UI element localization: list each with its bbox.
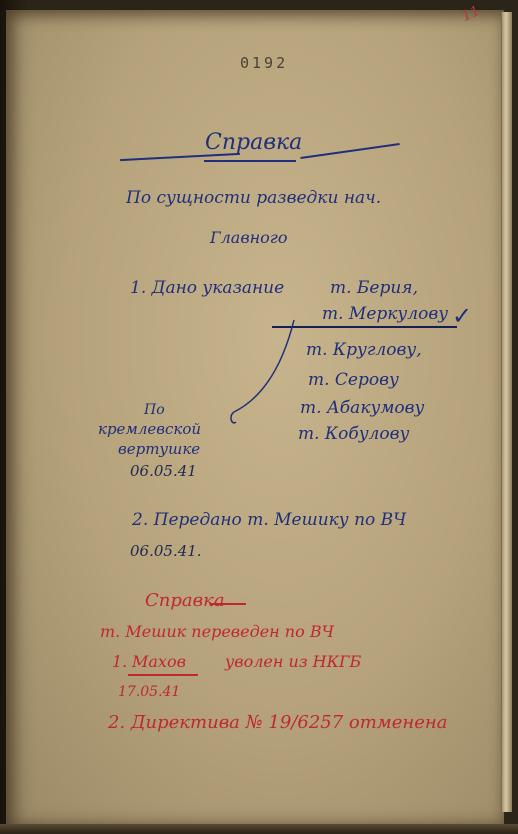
side-note-date: 06.05.41 [130,462,197,480]
red-title-tail [210,603,246,605]
recipient-kruglov: т. Круглову, [306,340,422,360]
red-line1: т. Мешик переведен по ВЧ [100,622,334,641]
red-line3: 2. Директива № 19/6257 отменена [108,712,447,733]
page-bottom-edge [0,824,518,834]
red-line2-name: Махов [132,652,186,671]
item2-date: 06.05.41. [130,542,202,560]
side-note-line3: вертушке [118,440,200,458]
archive-stamp-number: 0192 [240,54,288,72]
bracket-arrow-icon [222,318,302,428]
recipient-beria: т. Берия, [330,278,418,298]
side-note-line1: По [144,402,165,418]
side-note-line2: кремлевской [98,420,201,438]
title-underline [204,160,296,162]
red-line2-number: 1. [112,652,127,671]
red-line2-rest: уволен из НКГБ [225,652,361,671]
item2-text: 2. Передано т. Мешику по ВЧ [132,510,406,530]
red-name-underline [128,674,198,676]
red-title: Справка [145,590,225,611]
subtitle: По сущности разведки нач. [126,188,381,208]
recipient-kobulov: т. Кобулову [298,424,409,444]
document-title: Справка [205,130,302,155]
subtitle-line2: Главного [210,228,288,247]
recipient-merkulov: т. Меркулову [322,304,448,324]
recipient-abakumov: т. Абакумову [300,398,424,418]
page-stack-edge [501,12,512,812]
recipient-serov: т. Серову [308,370,399,390]
item1-label: 1. Дано указание [130,278,284,298]
red-date: 17.05.41 [118,684,180,700]
